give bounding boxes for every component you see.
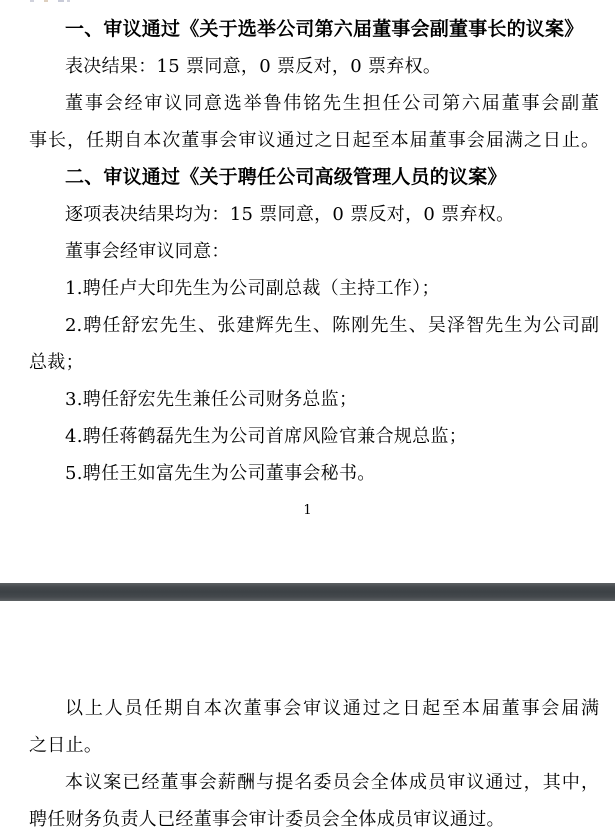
- text-line: 之日止。: [29, 727, 599, 764]
- list-item-1: 1.聘任卢大印先生为公司副总裁（主持工作）；: [29, 270, 599, 307]
- list-item-5: 5.聘任王如富先生为公司董事会秘书。: [29, 455, 599, 492]
- list-item-2: 2.聘任舒宏先生、张建辉先生、陈刚先生、吴泽智先生为公司副: [29, 307, 599, 344]
- text-line: 聘任财务负责人已经董事会审计委员会全体成员审议通过。: [29, 801, 599, 836]
- page-2-content: 以上人员任期自本次董事会审议通过之日起至本届董事会届满 之日止。 本议案已经董事…: [29, 690, 599, 836]
- section-1-heading: 一、审议通过《关于选举公司第六届董事会副董事长的议案》: [29, 11, 599, 48]
- text-line: 表决结果：15 票同意，0 票反对，0 票弃权。: [29, 48, 599, 85]
- page-2: 以上人员任期自本次董事会审议通过之日起至本届董事会届满 之日止。 本议案已经董事…: [0, 601, 615, 836]
- document-viewer: 一、审议通过《关于选举公司第六届董事会副董事长的议案》 表决结果：15 票同意，…: [0, 0, 615, 836]
- text-line: 本议案已经董事会薪酬与提名委员会全体成员审议通过，其中，: [29, 764, 599, 801]
- section-2-heading: 二、审议通过《关于聘任公司高级管理人员的议案》: [29, 159, 599, 196]
- page-number: 1: [0, 503, 615, 518]
- text-line: 总裁；: [29, 344, 599, 381]
- text-line: 事长，任期自本次董事会审议通过之日起至本届董事会届满之日止。: [29, 122, 599, 159]
- page-1: 一、审议通过《关于选举公司第六届董事会副董事长的议案》 表决结果：15 票同意，…: [0, 0, 615, 583]
- page-separator: [0, 583, 615, 601]
- text-line: 董事会经审议同意：: [29, 233, 599, 270]
- page-1-content: 一、审议通过《关于选举公司第六届董事会副董事长的议案》 表决结果：15 票同意，…: [29, 11, 599, 492]
- text-line: 董事会经审议同意选举鲁伟铭先生担任公司第六届董事会副董: [29, 85, 599, 122]
- text-line: 以上人员任期自本次董事会审议通过之日起至本届董事会届满: [29, 690, 599, 727]
- text-line: 逐项表决结果均为：15 票同意，0 票反对，0 票弃权。: [29, 196, 599, 233]
- list-item-3: 3.聘任舒宏先生兼任公司财务总监；: [29, 381, 599, 418]
- list-item-4: 4.聘任蒋鹤磊先生为公司首席风险官兼合规总监；: [29, 418, 599, 455]
